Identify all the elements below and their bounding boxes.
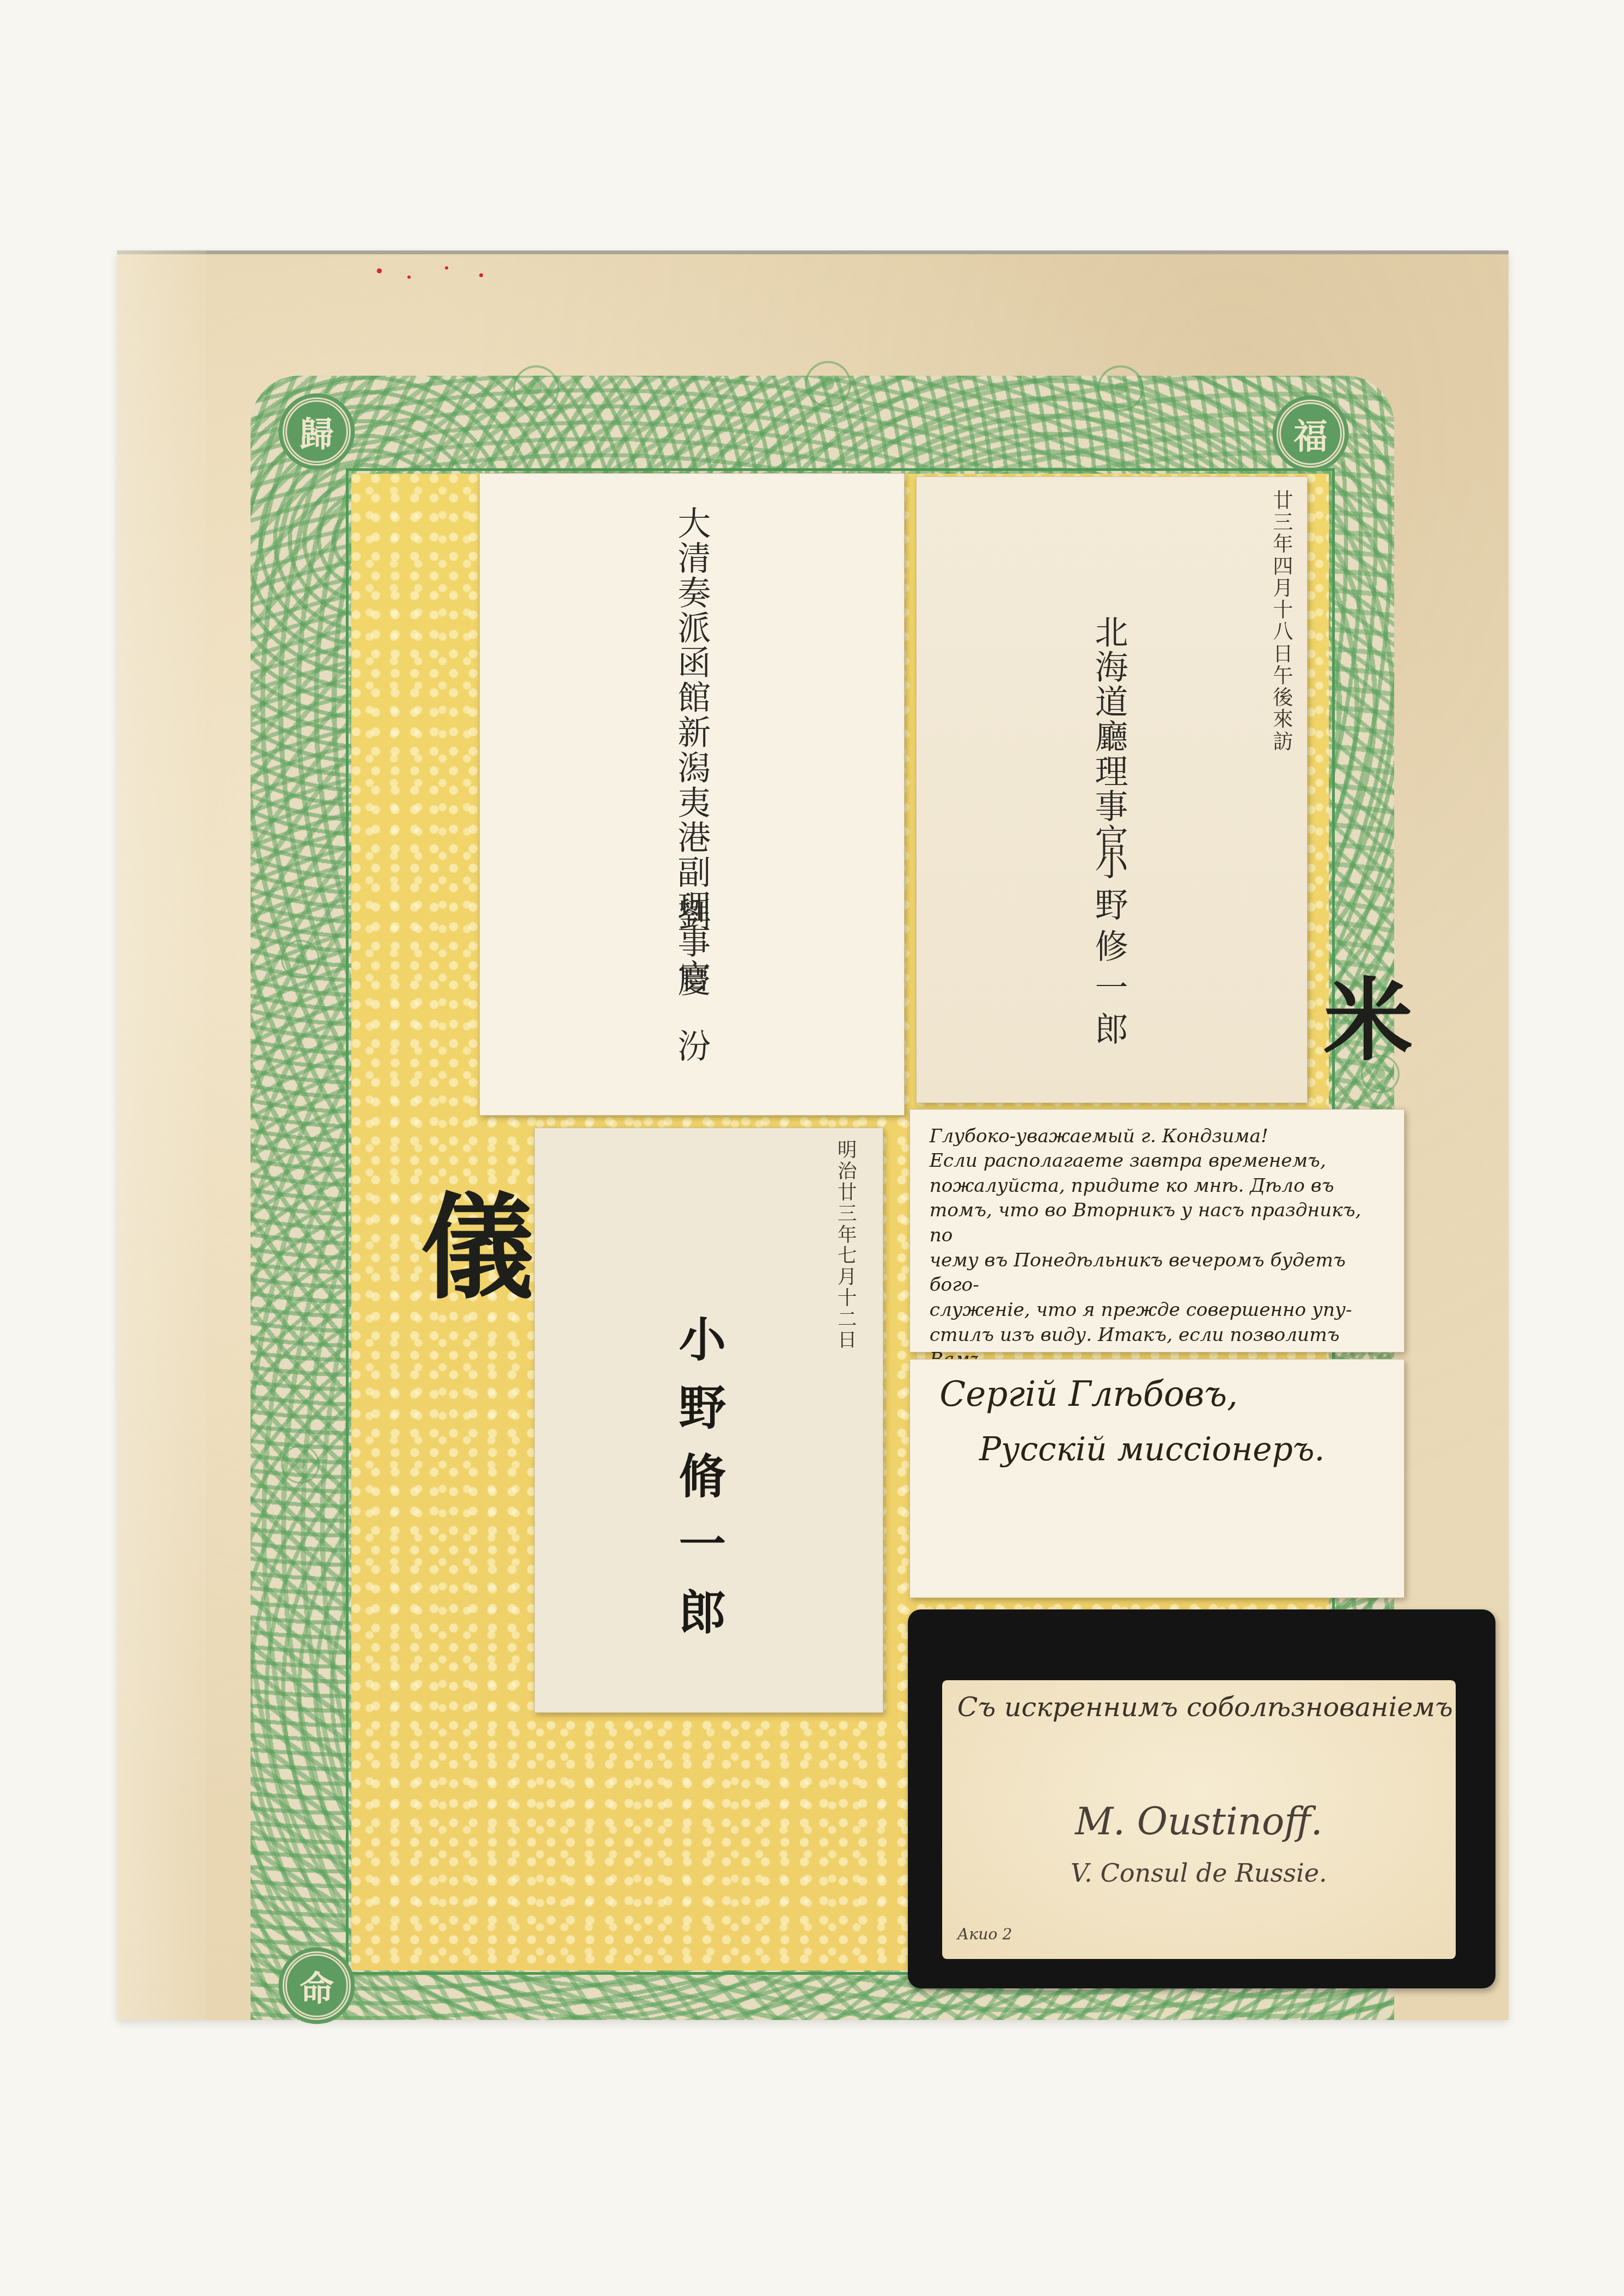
card-russian-letter: Глубоко-уважаемый г. Кондзима! Если расп… — [909, 1109, 1405, 1352]
background-character-left: 儀 — [420, 1192, 534, 1306]
card-name: M. Oustinoff. — [942, 1800, 1456, 1844]
card-title: 北海道廳理事官 — [1092, 615, 1125, 859]
card-name: 小野修一郎 — [1092, 846, 1125, 1053]
album-page: 歸 福 命 儀 米 大清奏派函館新潟夷港副理事官 劉慶汾 廿三年四月十八日午後來… — [0, 0, 1624, 2296]
card-ono: 明治廿三年七月十二日 小野脩一郎 — [534, 1128, 883, 1713]
board-left-strip — [117, 250, 206, 2020]
corner-seal-top-left-icon: 歸 — [283, 397, 351, 466]
chrysanthemum-ornament-icon — [779, 335, 877, 433]
card-qing-official: 大清奏派函館新潟夷港副理事官 劉慶汾 — [479, 473, 905, 1116]
card-handwritten-note: Съ искреннимъ соболѣзнованіемъ — [957, 1691, 1453, 1723]
card-city: Акио 2 — [957, 1925, 1012, 1943]
letter-line: пожалуйста, придите ко мнѣ. Дѣло въ — [930, 1174, 1385, 1199]
letter-line: Если располагаете завтра временемъ, — [930, 1149, 1385, 1174]
card-handwritten-date: 明治廿三年七月十二日 — [835, 1140, 855, 1351]
card-name: Сергій Глѣбовъ, — [939, 1374, 1237, 1414]
card-name: 小野脩一郎 — [674, 1315, 721, 1656]
card-handwritten-date: 廿三年四月十八日午後來訪 — [1271, 489, 1291, 752]
card-inner-panel: Съ искреннимъ соболѣзнованіемъ M. Oustin… — [942, 1680, 1456, 1959]
corner-seal-bottom-left-icon: 命 — [283, 1951, 351, 2019]
letter-line: томъ, что во Вторникъ у насъ праздникъ, … — [930, 1198, 1385, 1248]
letter-line: чему въ Понедѣльникъ вечеромъ будетъ бог… — [930, 1248, 1385, 1298]
chrysanthemum-ornament-icon — [260, 919, 341, 1000]
chrysanthemum-ornament-icon — [1072, 340, 1169, 437]
letter-line: служеніе, что я прежде совершенно упу- — [930, 1298, 1385, 1323]
card-hokkaido-official: 廿三年四月十八日午後來訪 北海道廳理事官 小野修一郎 — [916, 476, 1308, 1103]
card-title: Русскій миссіонеръ. — [979, 1431, 1325, 1468]
card-sergiy-glebov: Сергій Глѣбовъ, Русскій миссіонеръ. — [909, 1359, 1405, 1598]
card-oustinoff-mourning: Съ искреннимъ соболѣзнованіемъ M. Oustin… — [908, 1609, 1495, 1988]
card-title: V. Consul de Russie. — [942, 1858, 1456, 1888]
card-name: 劉慶汾 — [675, 897, 708, 1094]
chrysanthemum-ornament-icon — [487, 340, 585, 437]
corner-seal-top-right-icon: 福 — [1277, 400, 1345, 468]
background-character-right: 米 — [1323, 976, 1413, 1065]
chrysanthemum-ornament-icon — [260, 1424, 341, 1505]
letter-line: Глубоко-уважаемый г. Кондзима! — [930, 1124, 1385, 1149]
